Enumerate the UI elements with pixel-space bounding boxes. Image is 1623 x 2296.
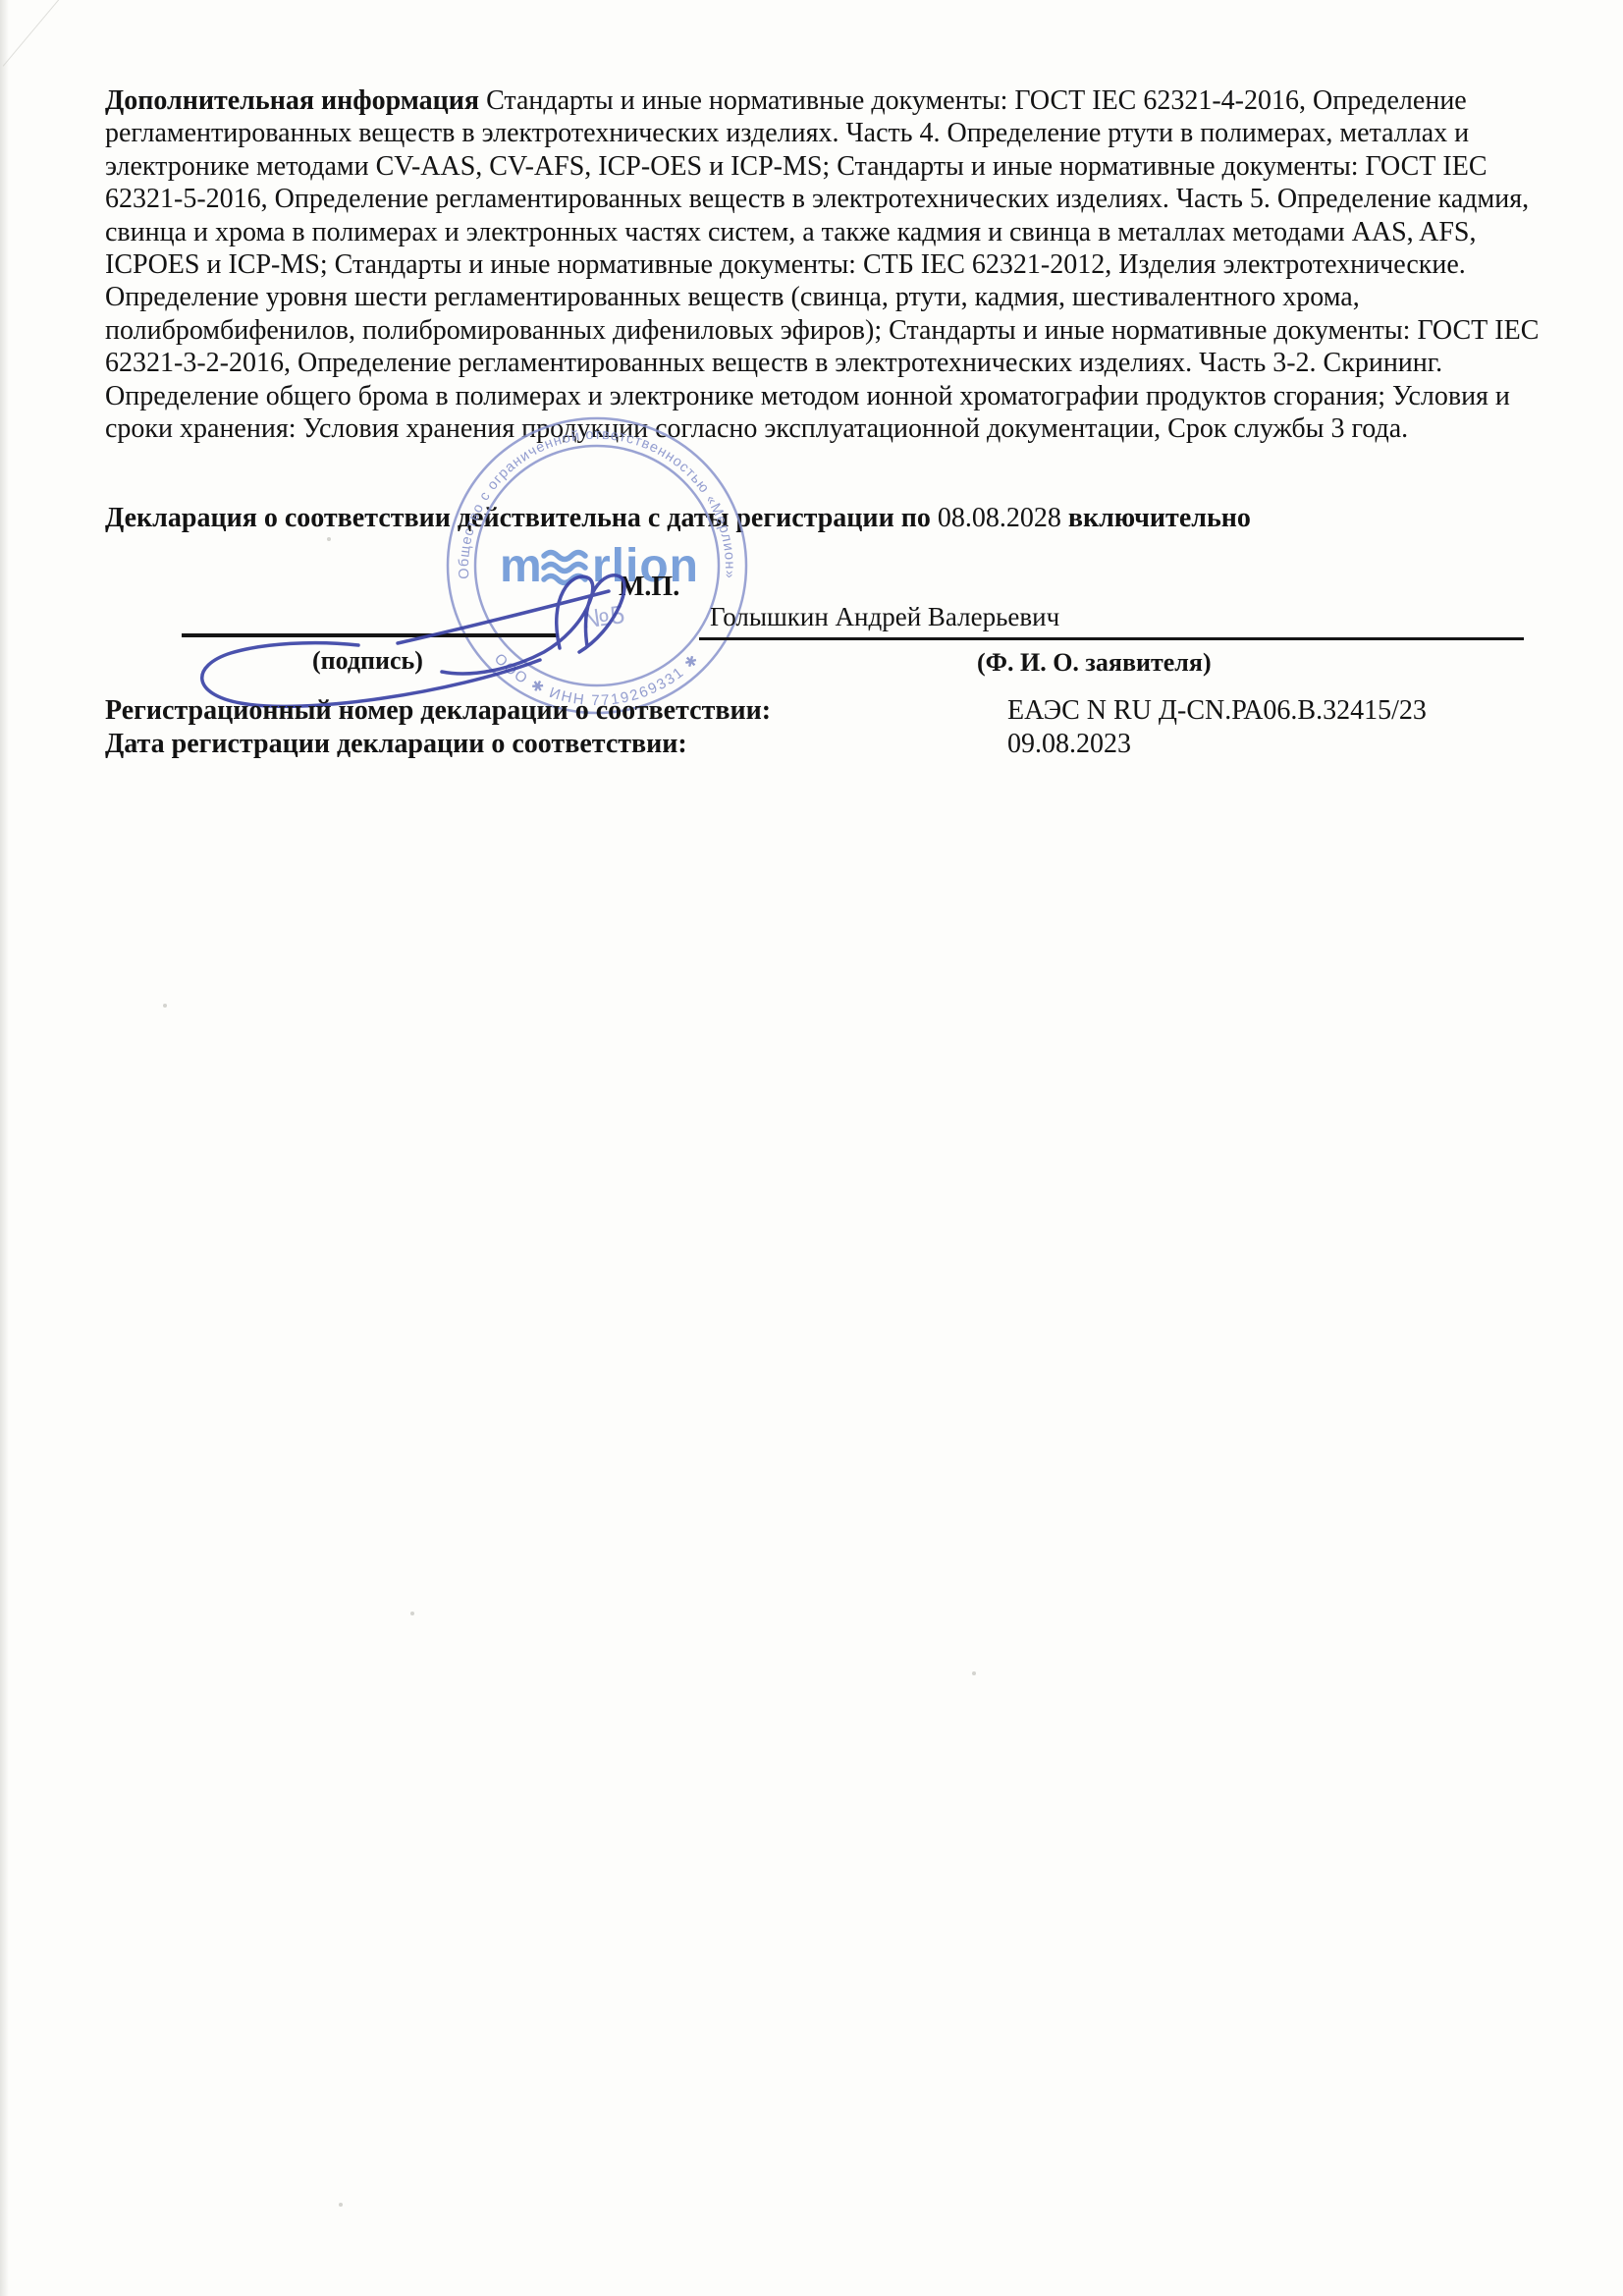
scan-speck — [339, 2203, 343, 2207]
applicant-name: Голышкин Андрей Валерьевич — [710, 602, 1059, 632]
scan-speck — [163, 1004, 167, 1008]
scan-speck — [410, 1612, 414, 1615]
registration-number-label: Регистрационный номер декларации о соотв… — [105, 695, 771, 727]
document-page: Дополнительная информация Стандарты и ин… — [0, 0, 1623, 2296]
registration-number-value: ЕАЭС N RU Д-CN.РА06.В.32415/23 — [1007, 695, 1427, 727]
registration-date-label: Дата регистрации декларации о соответств… — [105, 729, 687, 760]
page-corner-crease — [3, 0, 64, 67]
validity-date: 08.08.2028 — [938, 503, 1061, 533]
validity-statement: Декларация о соответствии действительна … — [105, 503, 1558, 534]
validity-suffix: включительно — [1068, 503, 1251, 533]
additional-info-paragraph: Дополнительная информация Стандарты и ин… — [105, 84, 1541, 445]
registration-date-value: 09.08.2023 — [1007, 729, 1131, 760]
scan-edge-shadow — [0, 0, 9, 2296]
signature-strokes — [202, 575, 624, 706]
additional-info-label: Дополнительная информация — [105, 85, 479, 116]
scan-speck — [327, 537, 331, 541]
applicant-name-line — [699, 637, 1524, 640]
additional-info-text: Стандарты и иные нормативные документы: … — [105, 85, 1539, 444]
applicant-name-caption: (Ф. И. О. заявителя) — [977, 648, 1212, 678]
scan-speck — [972, 1671, 976, 1675]
